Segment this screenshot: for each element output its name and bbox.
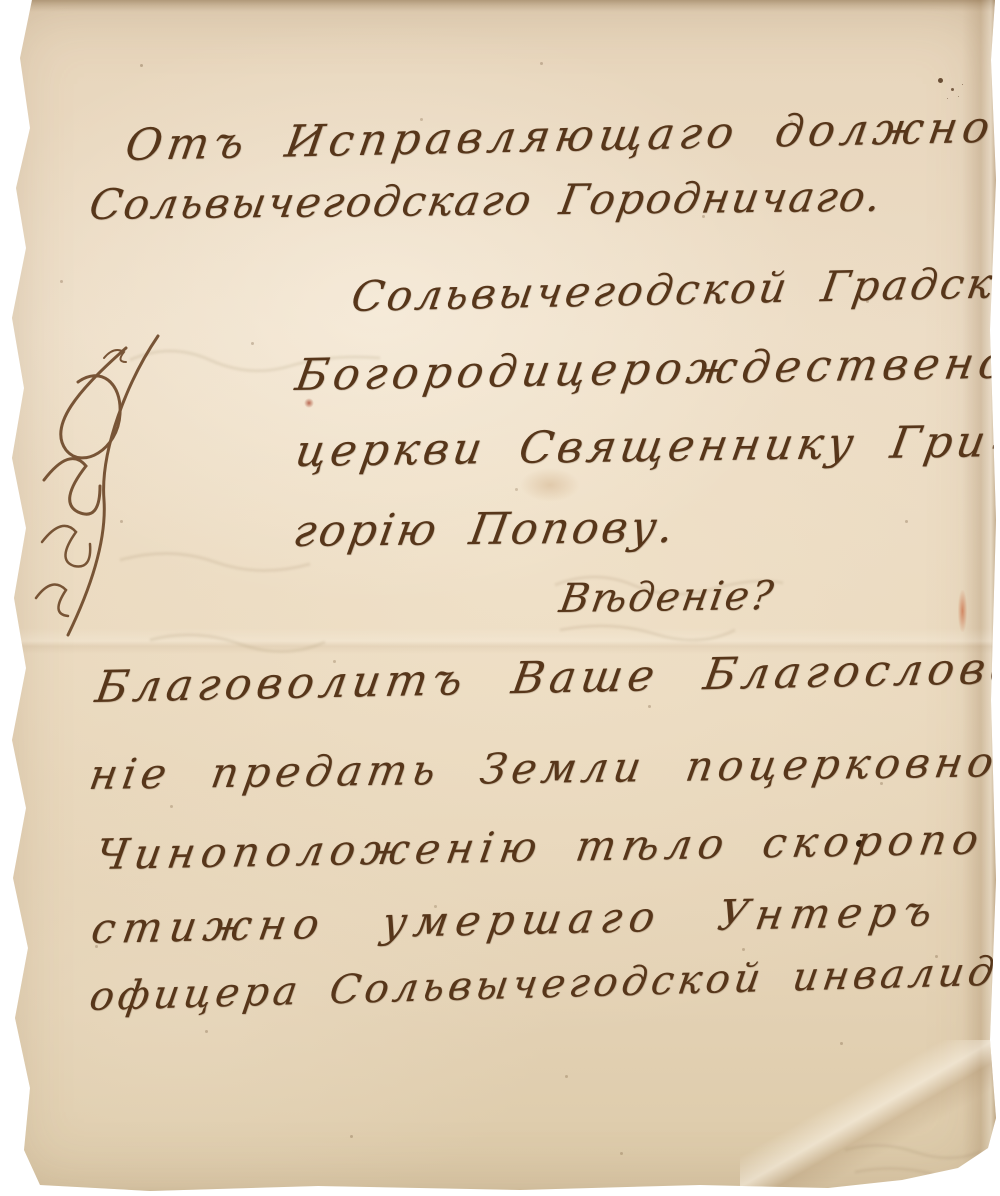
sender-line-2: Сольвычегодскаго Городничаго.	[86, 172, 886, 229]
margin-docket-flourish	[8, 330, 168, 660]
addressee-line-4: горію Попову.	[290, 502, 681, 557]
addressee-line-3: церкви Священнику Гри=	[292, 416, 1000, 477]
document-scan: Отъ Исправляющаго должность Сольвычегодс…	[0, 0, 1000, 1196]
paper-sheet: Отъ Исправляющаго должность Сольвычегодс…	[0, 0, 1000, 1196]
paper-specks	[0, 0, 3, 3]
document-type-heading: Вѣденіе?	[556, 573, 778, 622]
